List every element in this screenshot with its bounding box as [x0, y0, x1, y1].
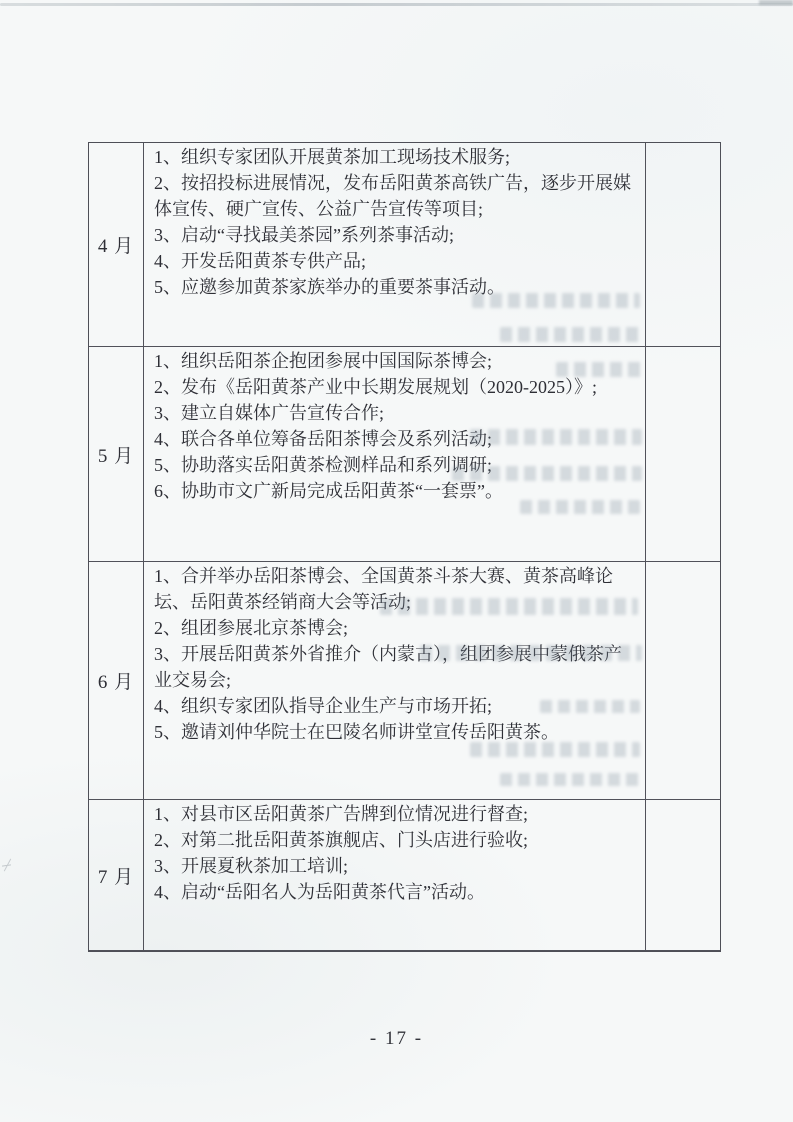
activity-item: 5、协助落实岳阳黄茶检测样品和系列调研;: [154, 451, 639, 477]
month-label: 7 月: [98, 862, 134, 889]
month-label: 4 月: [98, 231, 134, 258]
activity-item: 1、组织岳阳茶企抱团参展中国国际茶博会;: [154, 347, 639, 373]
activity-item: 4、启动“岳阳名人为岳阳黄茶代言”活动。: [154, 878, 639, 904]
activity-item: 3、启动“寻找最美茶园”系列茶事活动;: [154, 221, 639, 247]
activity-item: 5、应邀参加黄茶家族举办的重要茶事活动。: [154, 273, 639, 299]
activity-item: 2、发布《岳阳黄茶产业中长期发展规划（2020-2025）》;: [154, 373, 639, 399]
page-number: - 17 -: [0, 1028, 793, 1050]
activity-item: 2、对第二批岳阳黄茶旗舰店、门头店进行验收;: [154, 826, 639, 852]
activity-item: 4、组织专家团队指导企业生产与市场开拓;: [154, 692, 639, 718]
month-cell-april: 4 月: [89, 143, 144, 347]
scan-edge-artifact: [0, 3, 793, 6]
activity-item: 1、组织专家团队开展黄茶加工现场技术服务;: [154, 143, 639, 169]
remarks-cell-july: [646, 800, 720, 951]
activities-cell-july: 1、对县市区岳阳黄茶广告牌到位情况进行督查; 2、对第二批岳阳黄茶旗舰店、门头店…: [144, 800, 646, 951]
activities-cell-june: 1、合并举办岳阳茶博会、全国黄茶斗茶大赛、黄茶高峰论坛、岳阳黄茶经销商大会等活动…: [144, 562, 646, 800]
activity-item: 3、开展岳阳黄茶外省推介（内蒙古），组团参展中蒙俄茶产业交易会;: [154, 640, 639, 692]
monthly-schedule-table: 4 月 1、组织专家团队开展黄茶加工现场技术服务; 2、按招投标进展情况，发布岳…: [88, 142, 721, 952]
document-page: 4 月 1、组织专家团队开展黄茶加工现场技术服务; 2、按招投标进展情况，发布岳…: [0, 0, 793, 1122]
activity-item: 1、合并举办岳阳茶博会、全国黄茶斗茶大赛、黄茶高峰论坛、岳阳黄茶经销商大会等活动…: [154, 562, 639, 614]
remarks-cell-june: [646, 562, 720, 800]
activity-item: 3、建立自媒体广告宣传合作;: [154, 399, 639, 425]
activity-item: 3、开展夏秋茶加工培训;: [154, 852, 639, 878]
month-cell-july: 7 月: [89, 800, 144, 951]
activity-item: 2、按招投标进展情况，发布岳阳黄茶高铁广告，逐步开展媒体宣传、硬广宣传、公益广告…: [154, 169, 639, 221]
month-cell-may: 5 月: [89, 347, 144, 562]
activities-cell-april: 1、组织专家团队开展黄茶加工现场技术服务; 2、按招投标进展情况，发布岳阳黄茶高…: [144, 143, 646, 347]
remarks-cell-may: [646, 347, 720, 562]
remarks-cell-april: [646, 143, 720, 347]
scan-corner-artifact: [759, 0, 793, 5]
month-label: 5 月: [98, 441, 134, 468]
activity-item: 2、组团参展北京茶博会;: [154, 614, 639, 640]
activity-item: 5、邀请刘仲华院士在巴陵名师讲堂宣传岳阳黄茶。: [154, 718, 639, 744]
month-cell-june: 6 月: [89, 562, 144, 800]
activity-item: 6、协助市文广新局完成岳阳黄茶“一套票”。: [154, 477, 639, 503]
activity-item: 4、联合各单位筹备岳阳茶博会及系列活动;: [154, 425, 639, 451]
month-label: 6 月: [98, 667, 134, 694]
activity-item: 4、开发岳阳黄茶专供产品;: [154, 247, 639, 273]
activities-cell-may: 1、组织岳阳茶企抱团参展中国国际茶博会; 2、发布《岳阳黄茶产业中长期发展规划（…: [144, 347, 646, 562]
margin-pencil-mark: [0, 856, 16, 876]
activity-item: 1、对县市区岳阳黄茶广告牌到位情况进行督查;: [154, 800, 639, 826]
